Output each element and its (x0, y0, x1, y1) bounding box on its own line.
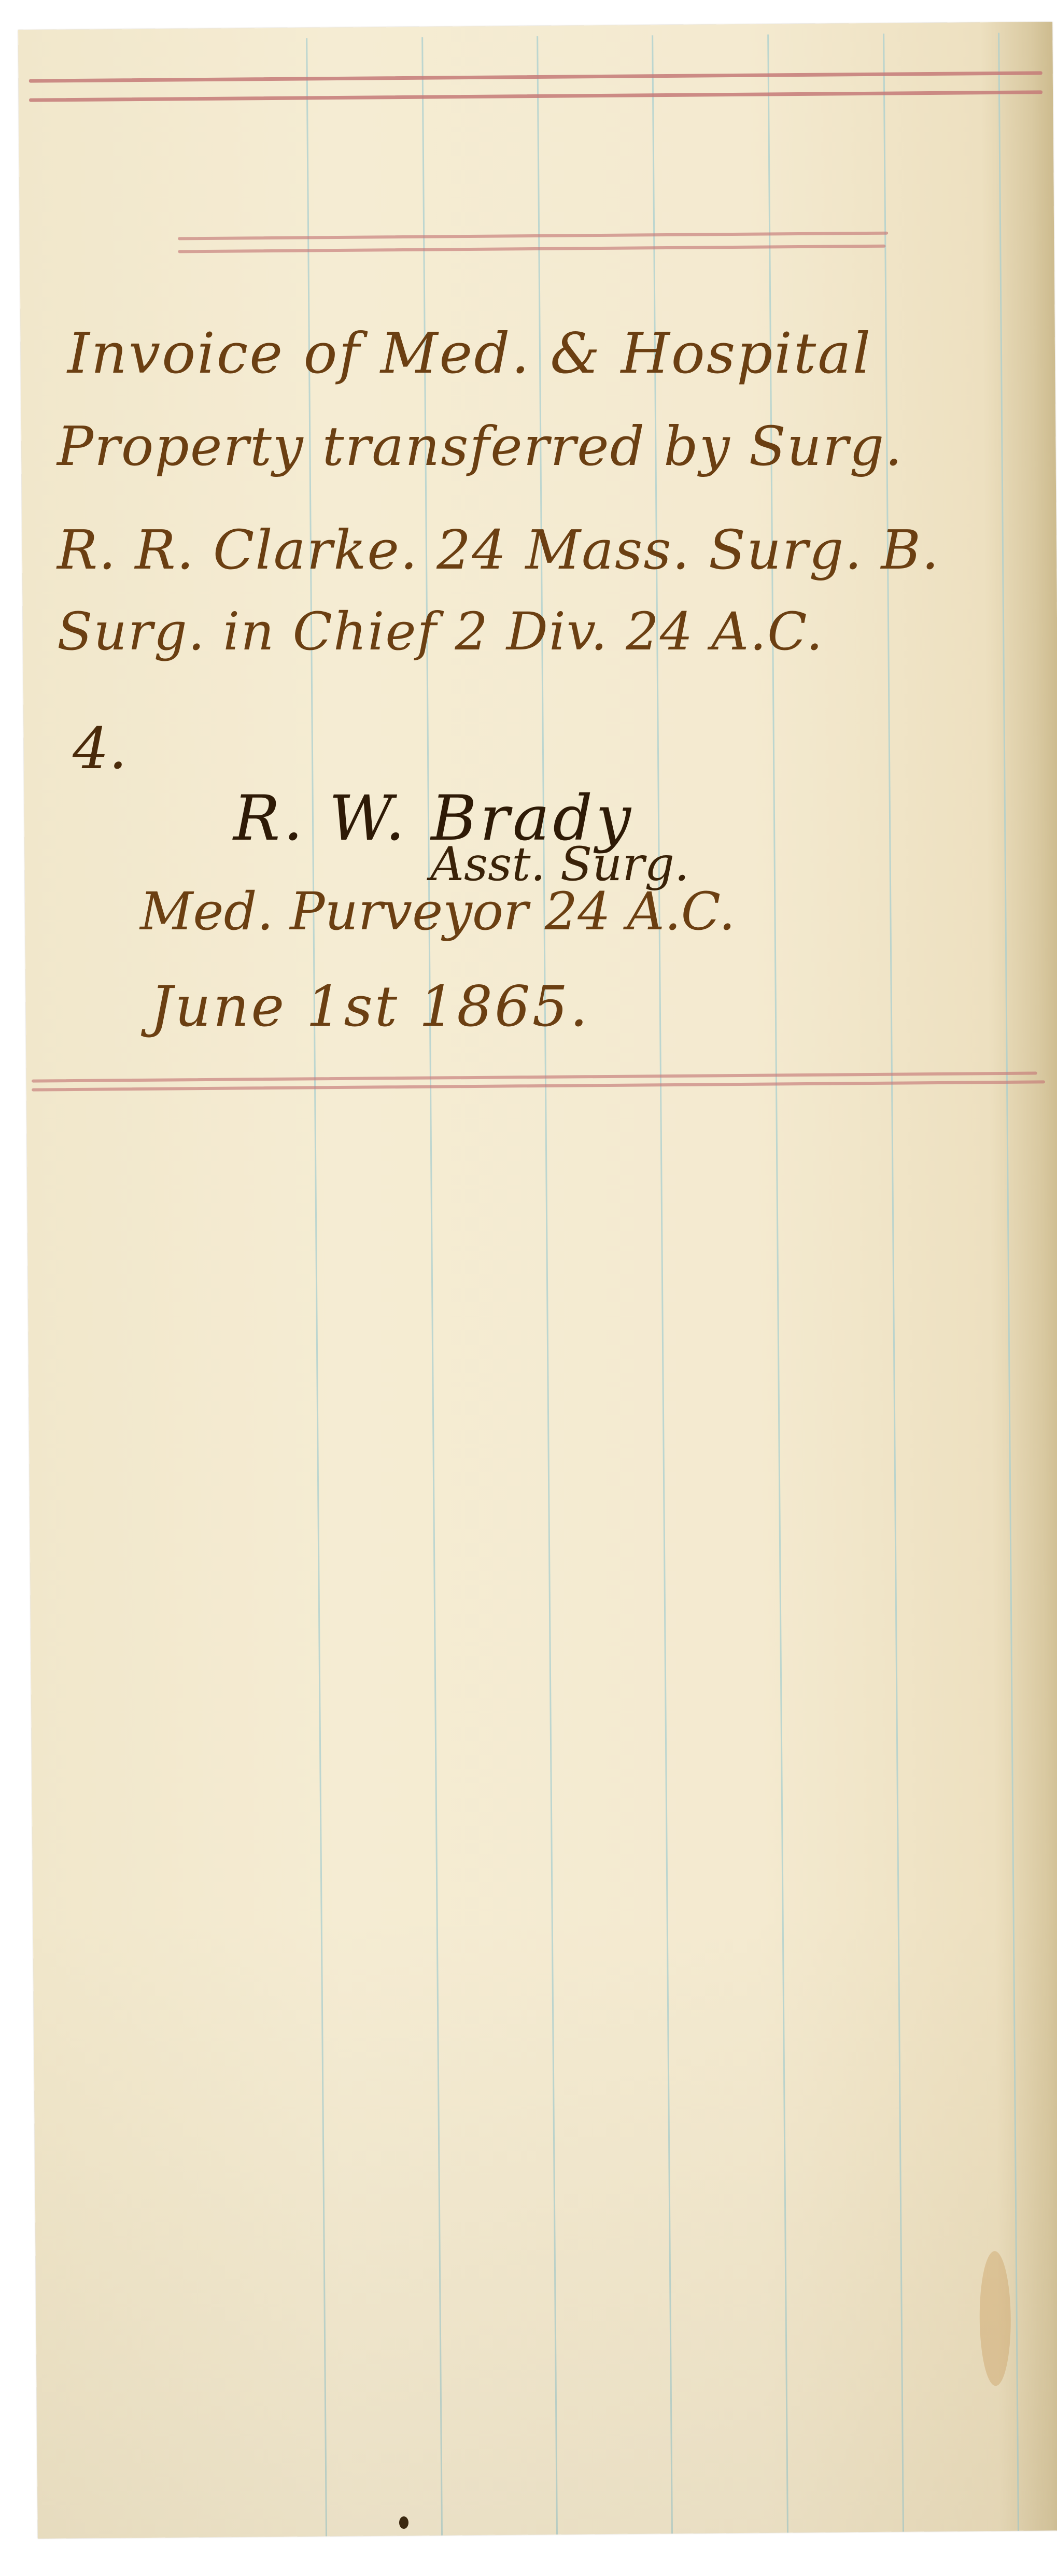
title-rule-bottom (178, 245, 885, 253)
column-rule (421, 37, 443, 2536)
item-number: 4. (73, 715, 127, 782)
document-date: June 1st 1865. (150, 974, 590, 1039)
footer-rule-top (32, 1071, 1037, 1082)
invoice-line-2: Property transferred by Surg. (57, 415, 903, 478)
paper-stain (979, 2251, 1011, 2386)
invoice-line-4: Surg. in Chief 2 Div. 24 A.C. (57, 601, 824, 662)
header-rule-top (29, 71, 1042, 82)
invoice-line-3: R. R. Clarke. 24 Mass. Surg. B. (57, 518, 940, 582)
column-rule (767, 34, 788, 2532)
column-rule (652, 35, 673, 2533)
document-page (18, 22, 1057, 2539)
header-rule-bottom (29, 90, 1042, 102)
column-rule (998, 33, 1019, 2531)
signature-position: Med. Purveyor 24 A.C. (140, 881, 735, 942)
title-rule-top (178, 232, 888, 240)
column-rule (306, 38, 327, 2536)
invoice-line-1: Invoice of Med. & Hospital (67, 321, 872, 386)
column-rule (883, 34, 904, 2532)
column-rule (537, 36, 558, 2535)
footer-rule-bottom (32, 1080, 1045, 1091)
ink-blot (399, 2516, 408, 2529)
